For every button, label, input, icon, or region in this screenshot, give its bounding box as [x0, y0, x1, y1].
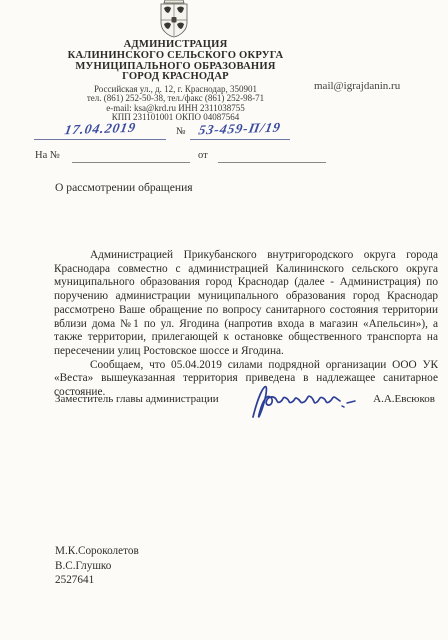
- reply-date-blank: [218, 148, 326, 163]
- body-paragraph-1: Администрацией Прикубанского внутригород…: [54, 249, 438, 359]
- handwritten-date: 17.04.2019: [63, 120, 137, 138]
- number-sign-label: №: [176, 126, 186, 137]
- executor-contact-block: М.К.Сороколетов В.С.Глушко 2527641: [55, 544, 139, 588]
- letter-subject: О рассмотрении обращения: [55, 181, 193, 194]
- org-line: КАЛИНИНСКОГО СЕЛЬСКОГО ОКРУГА: [18, 51, 333, 62]
- handwritten-number: 53-459-П/19: [198, 120, 283, 139]
- signer-position-title: Заместитель главы администрации: [55, 393, 219, 405]
- krasnodar-coat-of-arms-icon: [153, 0, 195, 39]
- organization-address-block: Российская ул., д. 12, г. Краснодар, 350…: [18, 85, 333, 122]
- organization-name-block: АДМИНИСТРАЦИЯ КАЛИНИНСКОГО СЕЛЬСКОГО ОКР…: [18, 40, 333, 83]
- scanned-letter-page: АДМИНИСТРАЦИЯ КАЛИНИНСКОГО СЕЛЬСКОГО ОКР…: [0, 0, 448, 640]
- signature-block: Заместитель главы администрации А.А.Евсю…: [55, 385, 435, 435]
- recipient-email: mail@igrajdanin.ru: [314, 80, 400, 92]
- reply-from-label: от: [198, 150, 208, 161]
- executor-name: В.С.Глушко: [55, 559, 139, 574]
- org-line: ГОРОД КРАСНОДАР: [18, 72, 333, 83]
- reference-row: 17.04.2019 № 53-459-П/19: [30, 121, 290, 145]
- reply-reference-row: На № от: [30, 148, 290, 166]
- outgoing-date-field: 17.04.2019: [34, 121, 166, 140]
- reply-number-blank: [72, 148, 190, 163]
- handwritten-signature-autograph: [243, 373, 365, 425]
- outgoing-number-field: 53-459-П/19: [190, 121, 290, 140]
- executor-phone: 2527641: [55, 573, 139, 588]
- executor-name: М.К.Сороколетов: [55, 544, 139, 559]
- signer-name: А.А.Евсюков: [373, 393, 435, 405]
- reply-number-label: На №: [35, 150, 60, 161]
